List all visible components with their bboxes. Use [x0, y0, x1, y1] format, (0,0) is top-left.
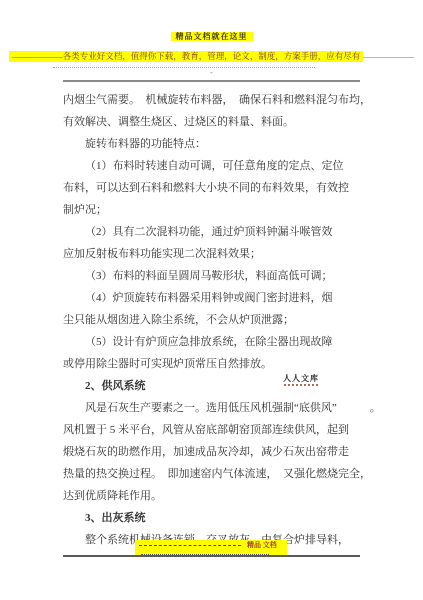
text-line: 布料，可以达到石料和燃料大小块不同的布料效果，有效控 — [63, 177, 360, 199]
text-line: 应加反射板布料功能实现二次混料效果； — [63, 243, 360, 265]
footer-dashed-line — [139, 545, 241, 546]
text-line: 达到优质降耗作用。 — [63, 485, 360, 507]
text-line: （1）布料时转速自动可调，可任意角度的定点、定位 — [63, 155, 360, 177]
header-rule-line — [63, 80, 360, 82]
text-line: 风是石灰生产要素之一。选用低压风机强制“底供风” 。 — [63, 397, 360, 419]
watermark-text: 人人文库 — [283, 374, 319, 383]
body-text: 内烟尘气需要。 机械旋转布料器， 确保石料和燃料混匀布均， 有效解决、调整生烧区… — [63, 89, 360, 551]
text-line: （4）炉顶旋转布料器采用料钟或阀门密封进料，烟 — [63, 287, 360, 309]
text-line: 热量的热交换过程。 即加速窑内气体流速， 又强化燃烧完全， — [63, 463, 360, 485]
text-line: 或停用除尘器时可实现炉顶常压自然排放。 — [63, 353, 360, 375]
text-line: （3）布料的料面呈圆周马鞍形状，料面高低可调； — [63, 265, 360, 287]
banner-subtitle-tail-dash: —————— — [363, 51, 414, 61]
text-line: 尘只能从烟囱进入除尘系统，不会从炉顶泄露； — [63, 309, 360, 331]
text-line: 风机置于 5 米平台，风管从窑底部朝窑顶部连续供风，起到 — [63, 419, 360, 441]
header-dotted-separator — [53, 67, 315, 68]
text-line: 旋转布料器的功能特点： — [63, 133, 360, 155]
footer-label: 精品 文档 — [247, 542, 277, 549]
header-center-dash: - — [0, 69, 423, 77]
header-banner-subtitle-row: ——————各类专业好文档，值得你下载，教育，管理，论文，制度，方案手册，应有尽… — [0, 46, 423, 64]
text-line: （2）具有二次混料功能，通过炉顶料钟漏斗喉管效 — [63, 221, 360, 243]
header-banner-title-row: 精品文档就在这里 — [0, 0, 423, 44]
text-line: 有效解决、调整生烧区、过烧区的料量、料面。 — [63, 111, 360, 133]
text-line: 煅烧石灰的助燃作用，加速成品灰冷却，减少石灰出窑带走 — [63, 441, 360, 463]
text-line: 制炉况； — [63, 199, 360, 221]
text-line: 内烟尘气需要。 机械旋转布料器， 确保石料和燃料混匀布均， — [63, 89, 360, 111]
banner-title: 精品文档就在这里 — [171, 32, 253, 41]
watermark-submark — [284, 384, 318, 386]
footer-rule-line — [63, 555, 360, 557]
text-line: （5）设计有炉顶应急排放系统，在除尘器出现故障 — [63, 331, 360, 353]
section-heading: 3、出灰系统 — [63, 507, 360, 529]
watermark: 人人文库 — [283, 374, 319, 386]
document-page: { "header": { "banner_title": "精品文档就在这里"… — [0, 0, 423, 600]
banner-subtitle: ——————各类专业好文档，值得你下载，教育，管理，论文，制度，方案手册，应有尽… — [9, 51, 364, 62]
footer-row-1: 精品 文档 — [135, 542, 287, 549]
